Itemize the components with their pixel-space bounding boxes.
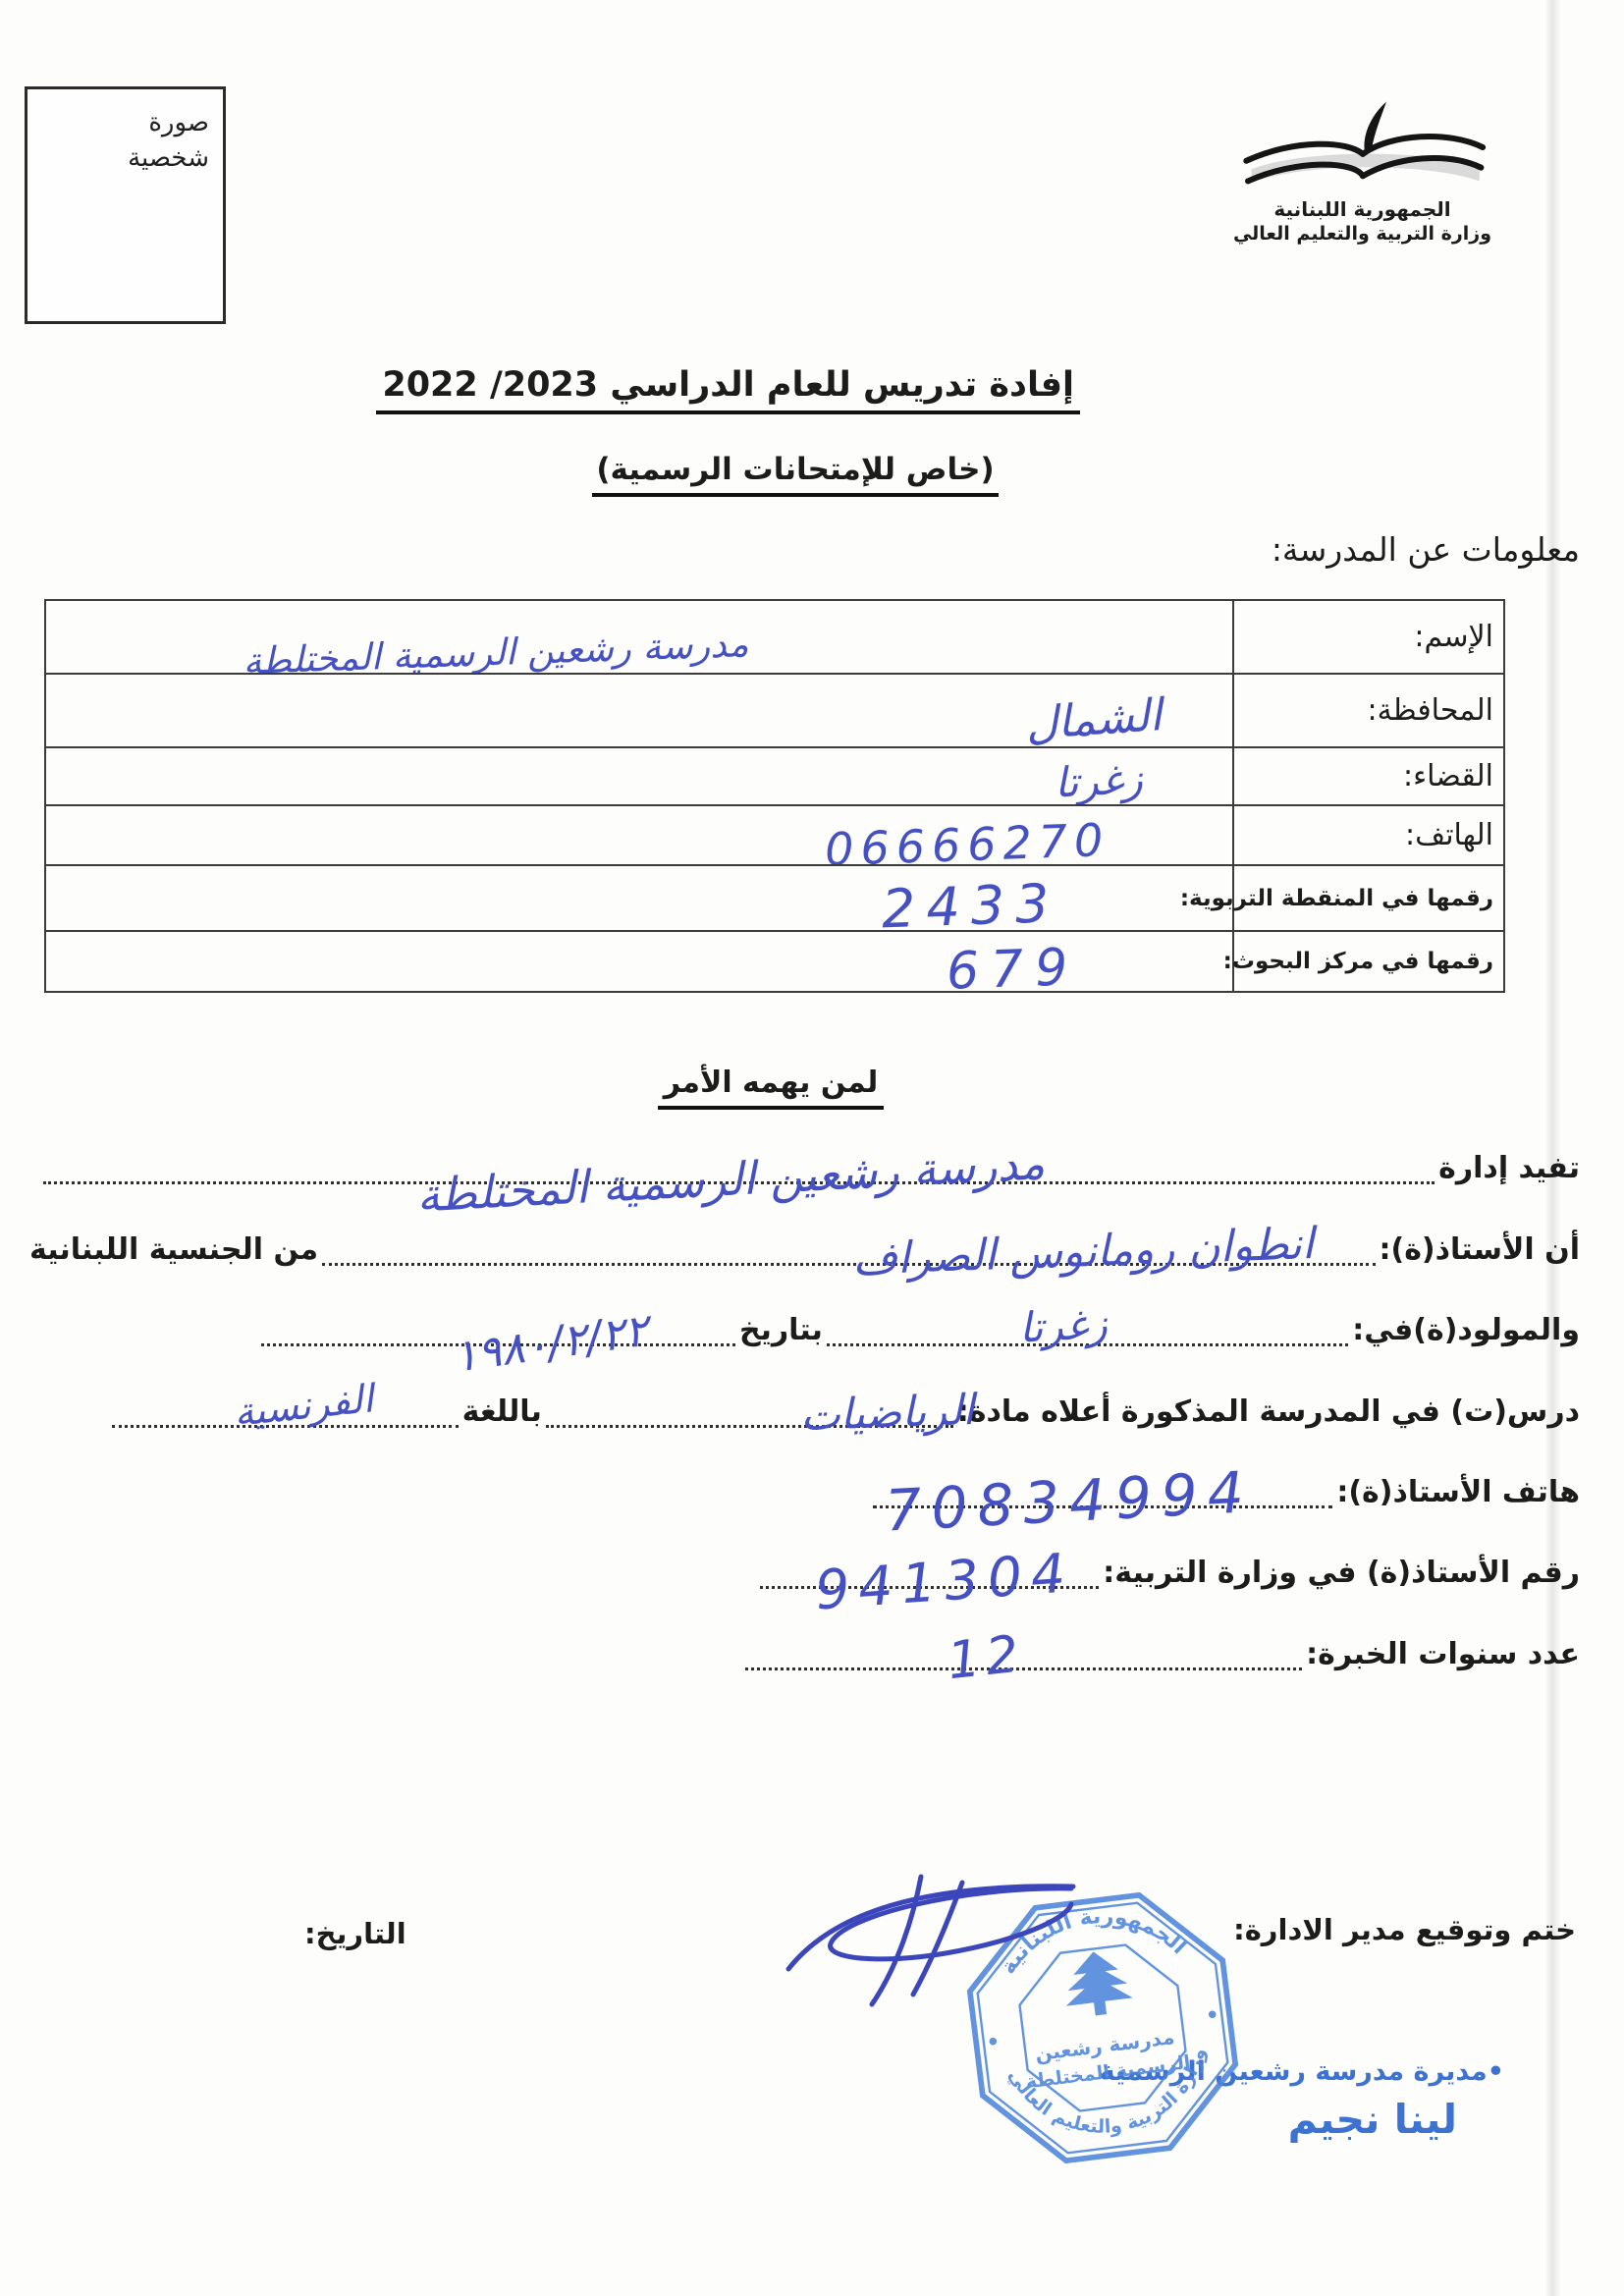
table-row-district: القضاء: زغرتا <box>46 746 1503 804</box>
handwritten-research-number: 679 <box>946 938 1080 1002</box>
ministry-logo: الجمهورية اللبنانية وزارة التربية والتعل… <box>1222 98 1502 246</box>
table-row-research-number: رقمها في مركز البحوث: 679 <box>46 930 1503 991</box>
row-value-cell: 2433 <box>46 866 1232 930</box>
line-teacher-phone: هاتف الأستاذ(ة): 70834994 <box>869 1466 1580 1517</box>
row-value-cell: مدرسة رشعين الرسمية المختلطة <box>46 601 1232 673</box>
handwritten-birthplace: زغرتا <box>1018 1299 1109 1352</box>
table-row-governorate: المحافظة: الشمال <box>46 673 1503 746</box>
director-signature <box>774 1859 1088 2015</box>
line-subject-language: درس(ت) في المدرسة المذكورة أعلاه مادة: ب… <box>108 1386 1580 1437</box>
line-years-experience: عدد سنوات الخبرة: 12 <box>741 1628 1580 1679</box>
nationality-suffix: من الجنسية اللبنانية <box>29 1226 318 1275</box>
row-value-cell: 679 <box>46 932 1232 991</box>
line-label: عدد سنوات الخبرة: <box>1306 1630 1580 1679</box>
line-label: رقم الأستاذ(ة) في وزارة التربية: <box>1103 1549 1580 1598</box>
table-row-district-number: رقمها في المنقطة التربوية: 2433 <box>46 864 1503 930</box>
row-label: رقمها في مركز البحوث: <box>1223 949 1493 974</box>
to-whom-heading: لمن يهمه الأمر <box>589 1066 952 1110</box>
table-row-phone: الهاتف: 06666270 <box>46 804 1503 864</box>
handwritten-years-experience: 12 <box>945 1624 1027 1691</box>
row-value-cell: زغرتا <box>46 748 1232 804</box>
line-teacher-name: أن الأستاذ(ة): من الجنسية اللبنانية انطو… <box>29 1224 1580 1275</box>
row-label: الهاتف: <box>1405 818 1493 852</box>
photo-box-label: صورة شخصية <box>128 105 209 176</box>
document-subtitle: (خاص للإمتحانات الرسمية) <box>579 452 1011 497</box>
row-label: المحافظة: <box>1368 693 1493 728</box>
line-birthplace-birthdate: والمولود(ة)في: بتاريخ زغرتا ١٩٨٠/٢/٢٢ <box>257 1304 1580 1355</box>
row-value-cell: 06666270 <box>46 806 1232 864</box>
line-ministry-number: رقم الأستاذ(ة) في وزارة التربية: 941304 <box>756 1547 1580 1598</box>
date-label: التاريخ: <box>304 1917 406 1950</box>
row-value-cell: الشمال <box>46 675 1232 746</box>
line-label: تفيد إدارة <box>1438 1144 1580 1193</box>
line-school-administration: تفيد إدارة مدرسة رشعين الرسمية المختلطة <box>39 1142 1580 1193</box>
photo-box: صورة شخصية <box>25 86 226 324</box>
line-label: درس(ت) في المدرسة المذكورة أعلاه مادة: <box>957 1388 1580 1437</box>
row-label: القضاء: <box>1403 759 1493 793</box>
open-book-icon <box>1236 98 1489 196</box>
title-years: 2022 /2023 <box>382 365 598 405</box>
language-label: باللغة <box>462 1388 542 1437</box>
handwritten-governorate: الشمال <box>1024 688 1164 750</box>
photo-box-line2: شخصية <box>128 140 209 176</box>
ministry-label: وزارة التربية والتعليم العالي <box>1222 222 1502 246</box>
table-row-name: الإسم: مدرسة رشعين الرسمية المختلطة <box>46 601 1503 673</box>
republic-label: الجمهورية اللبنانية <box>1222 196 1502 222</box>
photo-box-line1: صورة <box>128 105 209 140</box>
school-info-heading: معلومات عن المدرسة: <box>1272 530 1580 569</box>
handwritten-subject: الرياضيات <box>799 1386 975 1441</box>
handwritten-district: زغرتا <box>1054 754 1144 807</box>
title-text: إفادة تدريس للعام الدراسي <box>610 365 1074 405</box>
line-label: والمولود(ة)في: <box>1352 1306 1580 1355</box>
document-title: إفادة تدريس للعام الدراسي 2022 /2023 <box>491 365 1080 414</box>
stamp-signature-label: ختم وتوقيع مدير الادارة: <box>1233 1913 1576 1946</box>
director-name: لينا نجيم <box>1288 2096 1457 2143</box>
birthdate-label: بتاريخ <box>739 1306 823 1355</box>
scanned-teaching-certificate: صورة شخصية الجمهورية اللبنانية وزارة الت… <box>0 0 1624 2296</box>
line-label: أن الأستاذ(ة): <box>1380 1226 1581 1275</box>
line-label: هاتف الأستاذ(ة): <box>1336 1468 1580 1517</box>
row-label: الإسم: <box>1414 620 1493 654</box>
school-info-table: الإسم: مدرسة رشعين الرسمية المختلطة المح… <box>44 599 1505 993</box>
